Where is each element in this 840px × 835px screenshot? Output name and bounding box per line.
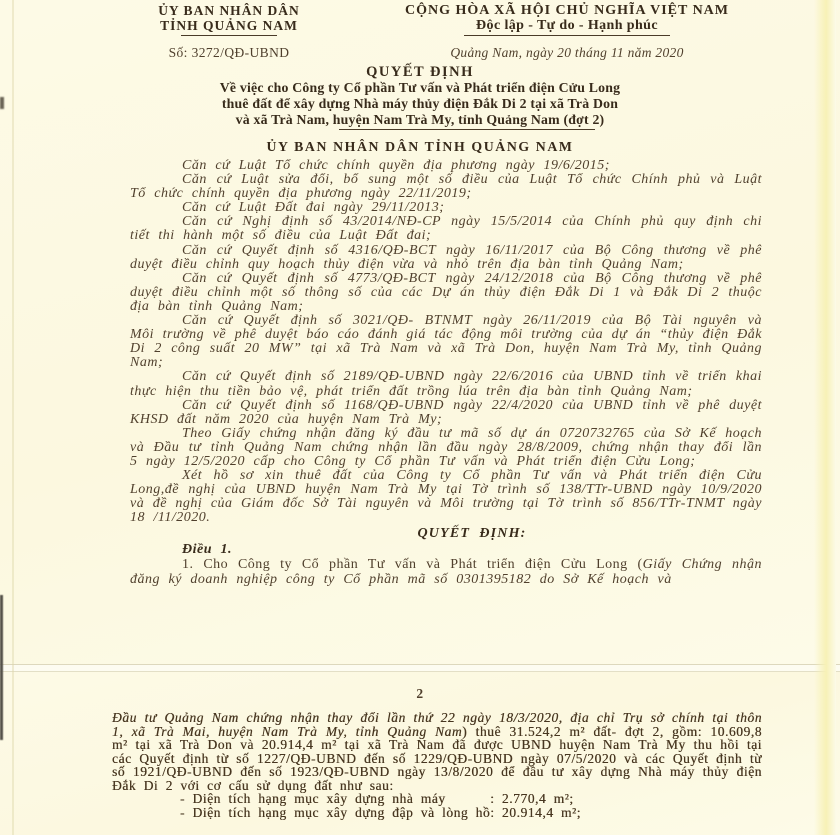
preamble-section: Căn cứ Luật Tổ chức chính quyền địa phươ… [130,159,762,587]
document-number: Số: 3272/QĐ-UBND [113,45,345,61]
preamble-paragraph: Căn cứ Quyết định số 3021/QĐ- BTNMT ngày… [130,314,762,370]
preamble-paragraph: Căn cứ Luật Tổ chức chính quyền địa phươ… [130,159,762,173]
document-page-2: 2 Đầu tư Quảng Nam chứng nhận thay đổi l… [0,672,840,835]
page-break-gap [0,664,840,672]
document-page-1: ỦY BAN NHÂN DÂN TỈNH QUẢNG NAM Số: 3272/… [0,0,840,664]
national-header: CỘNG HÒA XÃ HỘI CHỦ NGHĨA VIỆT NAM [373,3,761,18]
preamble-paragraph: Căn cứ Quyết định số 2189/QĐ-UBND ngày 2… [130,370,762,398]
place-and-date: Quảng Nam, ngày 20 tháng 11 năm 2020 [373,45,761,61]
paper-crease-line [12,0,14,835]
page-number: 2 [0,686,840,702]
preamble-paragraph: Căn cứ Luật Đất đai ngày 29/11/2013; [130,201,762,215]
preamble-paragraph: Theo Giấy chứng nhận đăng ký đầu tư mã s… [130,427,762,469]
scan-speck [0,97,4,109]
article-1-label: Điều 1. [130,542,762,558]
decides-heading: QUYẾT ĐỊNH: [130,525,762,542]
scan-edge-shadow [0,595,3,740]
issuing-agency-line1: ỦY BAN NHÂN DÂN [113,3,345,18]
land-use-item: - Diện tích hạng mục xây dựng nhà máy : … [180,792,762,806]
preamble-paragraph: Căn cứ Quyết định số 1168/QĐ-UBND ngày 2… [130,399,762,427]
decision-title: QUYẾT ĐỊNH [0,64,840,80]
article-1-intro-regular: 1. Cho Công ty Cổ phần Tư vấn và Phát tr… [182,557,643,572]
national-motto: Độc lập - Tự do - Hạnh phúc [373,18,761,33]
scanned-decision-document: { "page1": { "issuer": { "line1": "ỦY BA… [0,0,840,835]
issuing-authority-heading: ỦY BAN NHÂN DÂN TỈNH QUẢNG NAM [0,139,840,155]
preamble-paragraph: Căn cứ Quyết định số 4316/QĐ-BCT ngày 16… [130,244,762,272]
preamble-paragraph: Xét hồ sơ xin thuê đất của Công ty Cổ ph… [130,469,762,525]
subject-line-1: Về việc cho Công ty Cổ phần Tư vấn và Ph… [0,80,840,96]
issuing-agency-line2: TỈNH QUẢNG NAM [113,18,345,33]
preamble-paragraph: Căn cứ Quyết định số 4773/QĐ-BCT ngày 24… [130,272,762,314]
page2-body: Đầu tư Quảng Nam chứng nhận thay đổi lần… [112,711,762,819]
scan-edge-highlight [814,0,836,835]
preamble-paragraph: Căn cứ Luật sửa đổi, bổ sung một số điều… [130,173,762,201]
issuing-agency-block: ỦY BAN NHÂN DÂN TỈNH QUẢNG NAM Số: 3272/… [113,3,345,61]
motto-underline [464,35,670,36]
article-1-continuation: Đầu tư Quảng Nam chứng nhận thay đổi lần… [112,711,762,792]
subject-line-3: và xã Trà Nam, huyện Nam Trà My, tỉnh Qu… [0,112,840,128]
subject-line-2: thuê đất để xây dựng Nhà máy thủy điện Đ… [0,96,840,112]
decision-title-block: QUYẾT ĐỊNH Về việc cho Công ty Cổ phần T… [0,64,840,128]
issuer-underline [181,35,277,36]
subject-underline [339,129,595,130]
national-motto-block: CỘNG HÒA XÃ HỘI CHỦ NGHĨA VIỆT NAM Độc l… [373,3,761,61]
preamble-paragraph: Căn cứ Nghị định số 43/2014/NĐ-CP ngày 1… [130,215,762,243]
land-use-item: - Diện tích hạng mục xây dựng đập và lòn… [180,806,762,820]
article-1-intro: 1. Cho Công ty Cổ phần Tư vấn và Phát tr… [130,558,762,586]
